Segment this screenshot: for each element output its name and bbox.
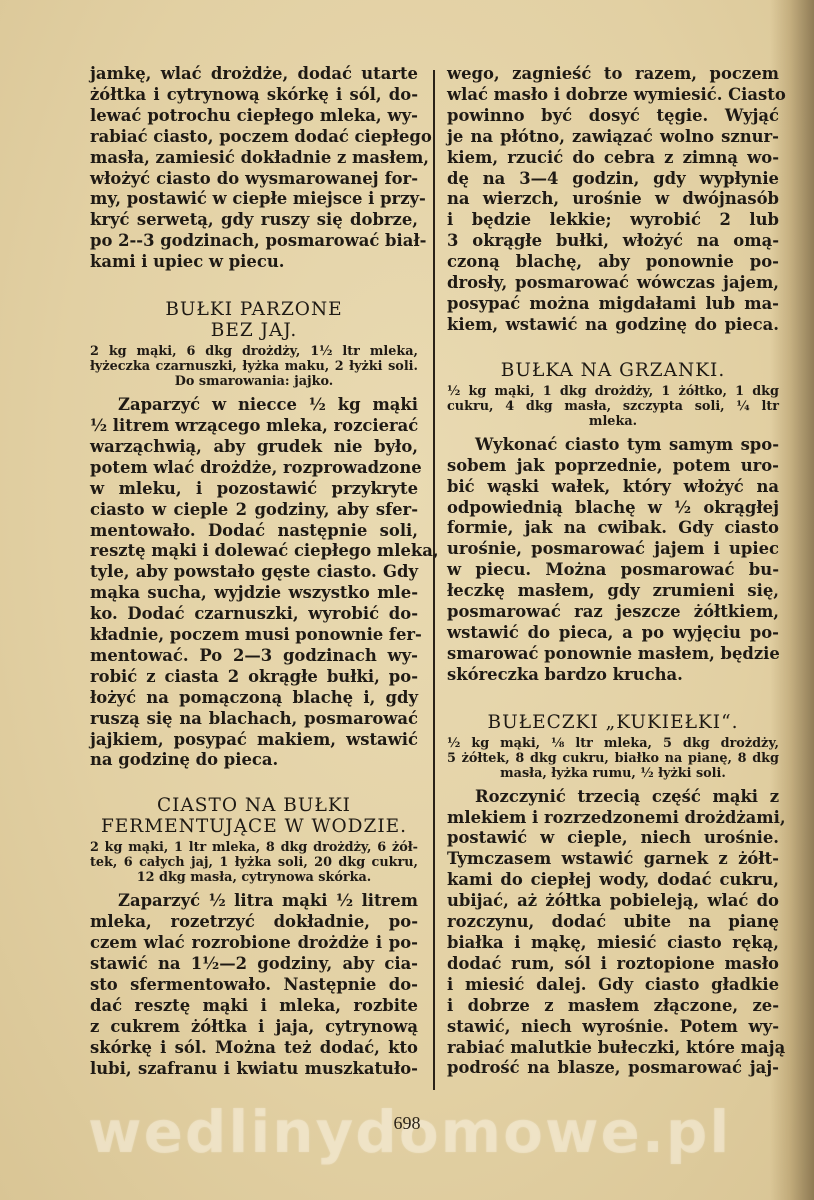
text-line: jajkiem, posypać makiem, wstawić xyxy=(90,730,418,751)
text-line: rozczynu, dodać ubite na pianę xyxy=(447,912,779,933)
text-line: drosły, posmarować wówczas jajem, xyxy=(447,273,779,294)
text-line: lewać potrochu ciepłego mleka, wy- xyxy=(90,106,418,127)
text-line: podrość na blasze, posmarować jaj- xyxy=(447,1058,779,1079)
text-line: ruszą się na blachach, posmarować xyxy=(90,709,418,730)
text-line: powinno być dosyć tęgie. Wyjąć xyxy=(447,106,779,127)
text-line: mąka sucha, wyjdzie wszystko mle- xyxy=(90,583,418,604)
text-line: ½ litrem wrzącego mleka, rozcierać xyxy=(90,416,418,437)
recipe-bulki-parzone: BUŁKI PARZONE BEZ JAJ. 2 kg mąki, 6 dkg … xyxy=(90,299,418,771)
text-line: kiem, rzucić do cebra z zimną wo- xyxy=(447,148,779,169)
recipe-ingredients: 2 kg mąki, 1 ltr mleka, 8 dkg drożdży, 6… xyxy=(90,840,418,885)
title-line: BUŁKA NA GRZANKI. xyxy=(447,360,779,381)
text-line: stawić, niech wyrośnie. Potem wy- xyxy=(447,1017,779,1038)
text-line: kami i upiec w piecu. xyxy=(90,252,418,273)
text-line: sto sfermentowało. Następnie do- xyxy=(90,975,418,996)
recipe-ingredients: 2 kg mąki, 6 dkg drożdży, 1½ ltr mleka, … xyxy=(90,344,418,389)
text-line: tyle, aby powstało gęste ciasto. Gdy xyxy=(90,562,418,583)
text-line: formie, jak na cwibak. Gdy ciasto xyxy=(447,518,779,539)
text-line: wlać masło i dobrze wymiesić. Ciasto xyxy=(447,85,779,106)
ingredients-line: masła, łyżka rumu, ½ łyżki soli. xyxy=(447,766,779,781)
text-line: mlekiem i rozrzedzonemi drożdżami, xyxy=(447,808,779,829)
text-line: kryć serwetą, gdy ruszy się dobrze, xyxy=(90,210,418,231)
text-line: łożyć na pomączoną blachę i, gdy xyxy=(90,688,418,709)
ingredients-line: mleka. xyxy=(447,414,779,429)
book-page: jamkę, wlać drożdże, dodać utarte żółtka… xyxy=(0,0,814,1200)
title-line: CIASTO NA BUŁKI xyxy=(90,795,418,816)
text-line: potem wlać drożdże, rozprowadzone xyxy=(90,458,418,479)
text-line: skóreczka bardzo krucha. xyxy=(447,665,779,686)
ingredients-line: tek, 6 całych jaj, 1 łyżka soli, 20 dkg … xyxy=(90,855,418,870)
text-line: Rozczynić trzecią część mąki z xyxy=(447,787,779,808)
text-line: warząchwią, aby grudek nie było, xyxy=(90,437,418,458)
text-line: dać resztę mąki i mleka, rozbite xyxy=(90,996,418,1017)
text-line: czoną blachę, aby ponownie po- xyxy=(447,252,779,273)
ingredients-line: cukru, 4 dkg masła, szczypta soli, ¼ ltr xyxy=(447,399,779,414)
recipe-bulka-na-grzanki: BUŁKA NA GRZANKI. ½ kg mąki, 1 dkg drożd… xyxy=(447,360,779,686)
text-line: Tymczasem wstawić garnek z żółt- xyxy=(447,849,779,870)
text-line: kami do ciepłej wody, dodać cukru, xyxy=(447,870,779,891)
text-line: smarować ponownie masłem, będzie xyxy=(447,644,779,665)
column-divider xyxy=(433,70,435,1090)
text-line: wego, zagnieść to razem, poczem xyxy=(447,64,779,85)
text-line: dodać rum, sól i roztopione masło xyxy=(447,954,779,975)
text-line: z cukrem żółtka i jaja, cytrynową xyxy=(90,1017,418,1038)
recipe-ingredients: ½ kg mąki, 1 dkg drożdży, 1 żółtko, 1 dk… xyxy=(447,384,779,429)
text-line: my, postawić w ciepłe miejsce i przy- xyxy=(90,189,418,210)
text-line: bić wąski wałek, który włożyć na xyxy=(447,477,779,498)
text-line: i miesić dalej. Gdy ciasto gładkie xyxy=(447,975,779,996)
text-line: włożyć ciasto do wysmarowanej for- xyxy=(90,169,418,190)
page-number: 698 xyxy=(0,1113,814,1134)
left-column: jamkę, wlać drożdże, dodać utarte żółtka… xyxy=(90,64,418,1080)
text-line: jamkę, wlać drożdże, dodać utarte xyxy=(90,64,418,85)
text-line: mentować. Po 2—3 godzinach wy- xyxy=(90,646,418,667)
text-line: odpowiednią blachę w ½ okrągłej xyxy=(447,498,779,519)
continuation-text: wego, zagnieść to razem, poczem wlać mas… xyxy=(447,64,779,336)
text-line: na wierzch, urośnie w dwójnasób xyxy=(447,189,779,210)
text-line: postawić w cieple, niech urośnie. xyxy=(447,828,779,849)
recipe-title: BUŁECZKI „KUKIEŁKI“. xyxy=(447,712,779,733)
recipe-ingredients: ½ kg mąki, ⅛ ltr mleka, 5 dkg drożdży, 5… xyxy=(447,736,779,781)
text-line: posypać można migdałami lub ma- xyxy=(447,294,779,315)
text-line: Wykonać ciasto tym samym spo- xyxy=(447,435,779,456)
text-line: kładnie, poczem musi ponownie fer- xyxy=(90,625,418,646)
text-line: robić z ciasta 2 okrągłe bułki, po- xyxy=(90,667,418,688)
title-line: BUŁKI PARZONE xyxy=(90,299,418,320)
recipe-body: Zaparzyć w niecce ½ kg mąki ½ litrem wrz… xyxy=(90,395,418,771)
ingredients-line: ½ kg mąki, ⅛ ltr mleka, 5 dkg drożdży, xyxy=(447,736,779,751)
text-line: w mleku, i pozostawić przykryte xyxy=(90,479,418,500)
ingredients-line: 12 dkg masła, cytrynowa skórka. xyxy=(90,870,418,885)
ingredients-line: 5 żółtek, 8 dkg cukru, białko na pianę, … xyxy=(447,751,779,766)
text-line: resztę mąki i dolewać ciepłego mleka, xyxy=(90,541,418,562)
text-line: i będzie lekkie; wyrobić 2 lub xyxy=(447,210,779,231)
text-line: ciasto w cieple 2 godziny, aby sfer- xyxy=(90,500,418,521)
right-column: wego, zagnieść to razem, poczem wlać mas… xyxy=(447,64,779,1079)
text-line: rabiać malutkie bułeczki, które mają xyxy=(447,1038,779,1059)
text-line: lubi, szafranu i kwiatu muszkatuło- xyxy=(90,1059,418,1080)
text-line: łeczkę masłem, gdy zrumieni się, xyxy=(447,581,779,602)
recipe-buleczki-kukielki: BUŁECZKI „KUKIEŁKI“. ½ kg mąki, ⅛ ltr ml… xyxy=(447,712,779,1080)
ingredients-line: ½ kg mąki, 1 dkg drożdży, 1 żółtko, 1 dk… xyxy=(447,384,779,399)
recipe-body: Zaparzyć ½ litra mąki ½ litrem mleka, ro… xyxy=(90,891,418,1079)
text-line: ubijać, aż żółtka pobieleją, wlać do xyxy=(447,891,779,912)
text-line: je na płótno, zawiązać wolno sznur- xyxy=(447,127,779,148)
text-line: stawić na 1½—2 godziny, aby cia- xyxy=(90,954,418,975)
continuation-text: jamkę, wlać drożdże, dodać utarte żółtka… xyxy=(90,64,418,273)
text-line: masła, zamiesić dokładnie z masłem, xyxy=(90,148,418,169)
text-line: Zaparzyć ½ litra mąki ½ litrem xyxy=(90,891,418,912)
text-line: wstawić do pieca, a po wyjęciu po- xyxy=(447,623,779,644)
text-line: mleka, rozetrzyć dokładnie, po- xyxy=(90,912,418,933)
text-line: kiem, wstawić na godzinę do pieca. xyxy=(447,315,779,336)
title-line: BEZ JAJ. xyxy=(90,320,418,341)
recipe-title: BUŁKA NA GRZANKI. xyxy=(447,360,779,381)
text-line: po 2--3 godzinach, posmarować biał- xyxy=(90,231,418,252)
text-line: dę na 3—4 godzin, gdy wypłynie xyxy=(447,169,779,190)
recipe-ciasto-na-bulki: CIASTO NA BUŁKI FERMENTUJĄCE W WODZIE. 2… xyxy=(90,795,418,1079)
text-line: ko. Dodać czarnuszki, wyrobić do- xyxy=(90,604,418,625)
text-line: posmarować raz jeszcze żółtkiem, xyxy=(447,602,779,623)
text-line: urośnie, posmarować jajem i upiec xyxy=(447,539,779,560)
title-line: FERMENTUJĄCE W WODZIE. xyxy=(90,816,418,837)
ingredients-line: łyżeczka czarnuszki, łyżka maku, 2 łyżki… xyxy=(90,359,418,374)
title-line: BUŁECZKI „KUKIEŁKI“. xyxy=(447,712,779,733)
recipe-title: BUŁKI PARZONE BEZ JAJ. xyxy=(90,299,418,341)
recipe-body: Wykonać ciasto tym samym spo- sobem jak … xyxy=(447,435,779,686)
text-line: białka i mąkę, miesić ciasto ręką, xyxy=(447,933,779,954)
recipe-body: Rozczynić trzecią część mąki z mlekiem i… xyxy=(447,787,779,1080)
text-line: sobem jak poprzednie, potem uro- xyxy=(447,456,779,477)
ingredients-line: 2 kg mąki, 1 ltr mleka, 8 dkg drożdży, 6… xyxy=(90,840,418,855)
text-line: czem wlać rozrobione drożdże i po- xyxy=(90,933,418,954)
text-line: 3 okrągłe bułki, włożyć na omą- xyxy=(447,231,779,252)
text-line: w piecu. Można posmarować bu- xyxy=(447,560,779,581)
text-line: skórkę i sól. Można też dodać, kto xyxy=(90,1038,418,1059)
text-line: mentowało. Dodać następnie soli, xyxy=(90,521,418,542)
ingredients-line: Do smarowania: jajko. xyxy=(90,374,418,389)
text-line: żółtka i cytrynową skórkę i sól, do- xyxy=(90,85,418,106)
text-line: rabiać ciasto, poczem dodać ciepłego xyxy=(90,127,418,148)
recipe-title: CIASTO NA BUŁKI FERMENTUJĄCE W WODZIE. xyxy=(90,795,418,837)
ingredients-line: 2 kg mąki, 6 dkg drożdży, 1½ ltr mleka, xyxy=(90,344,418,359)
text-line: na godzinę do pieca. xyxy=(90,750,418,771)
text-line: Zaparzyć w niecce ½ kg mąki xyxy=(90,395,418,416)
text-line: i dobrze z masłem złączone, ze- xyxy=(447,996,779,1017)
